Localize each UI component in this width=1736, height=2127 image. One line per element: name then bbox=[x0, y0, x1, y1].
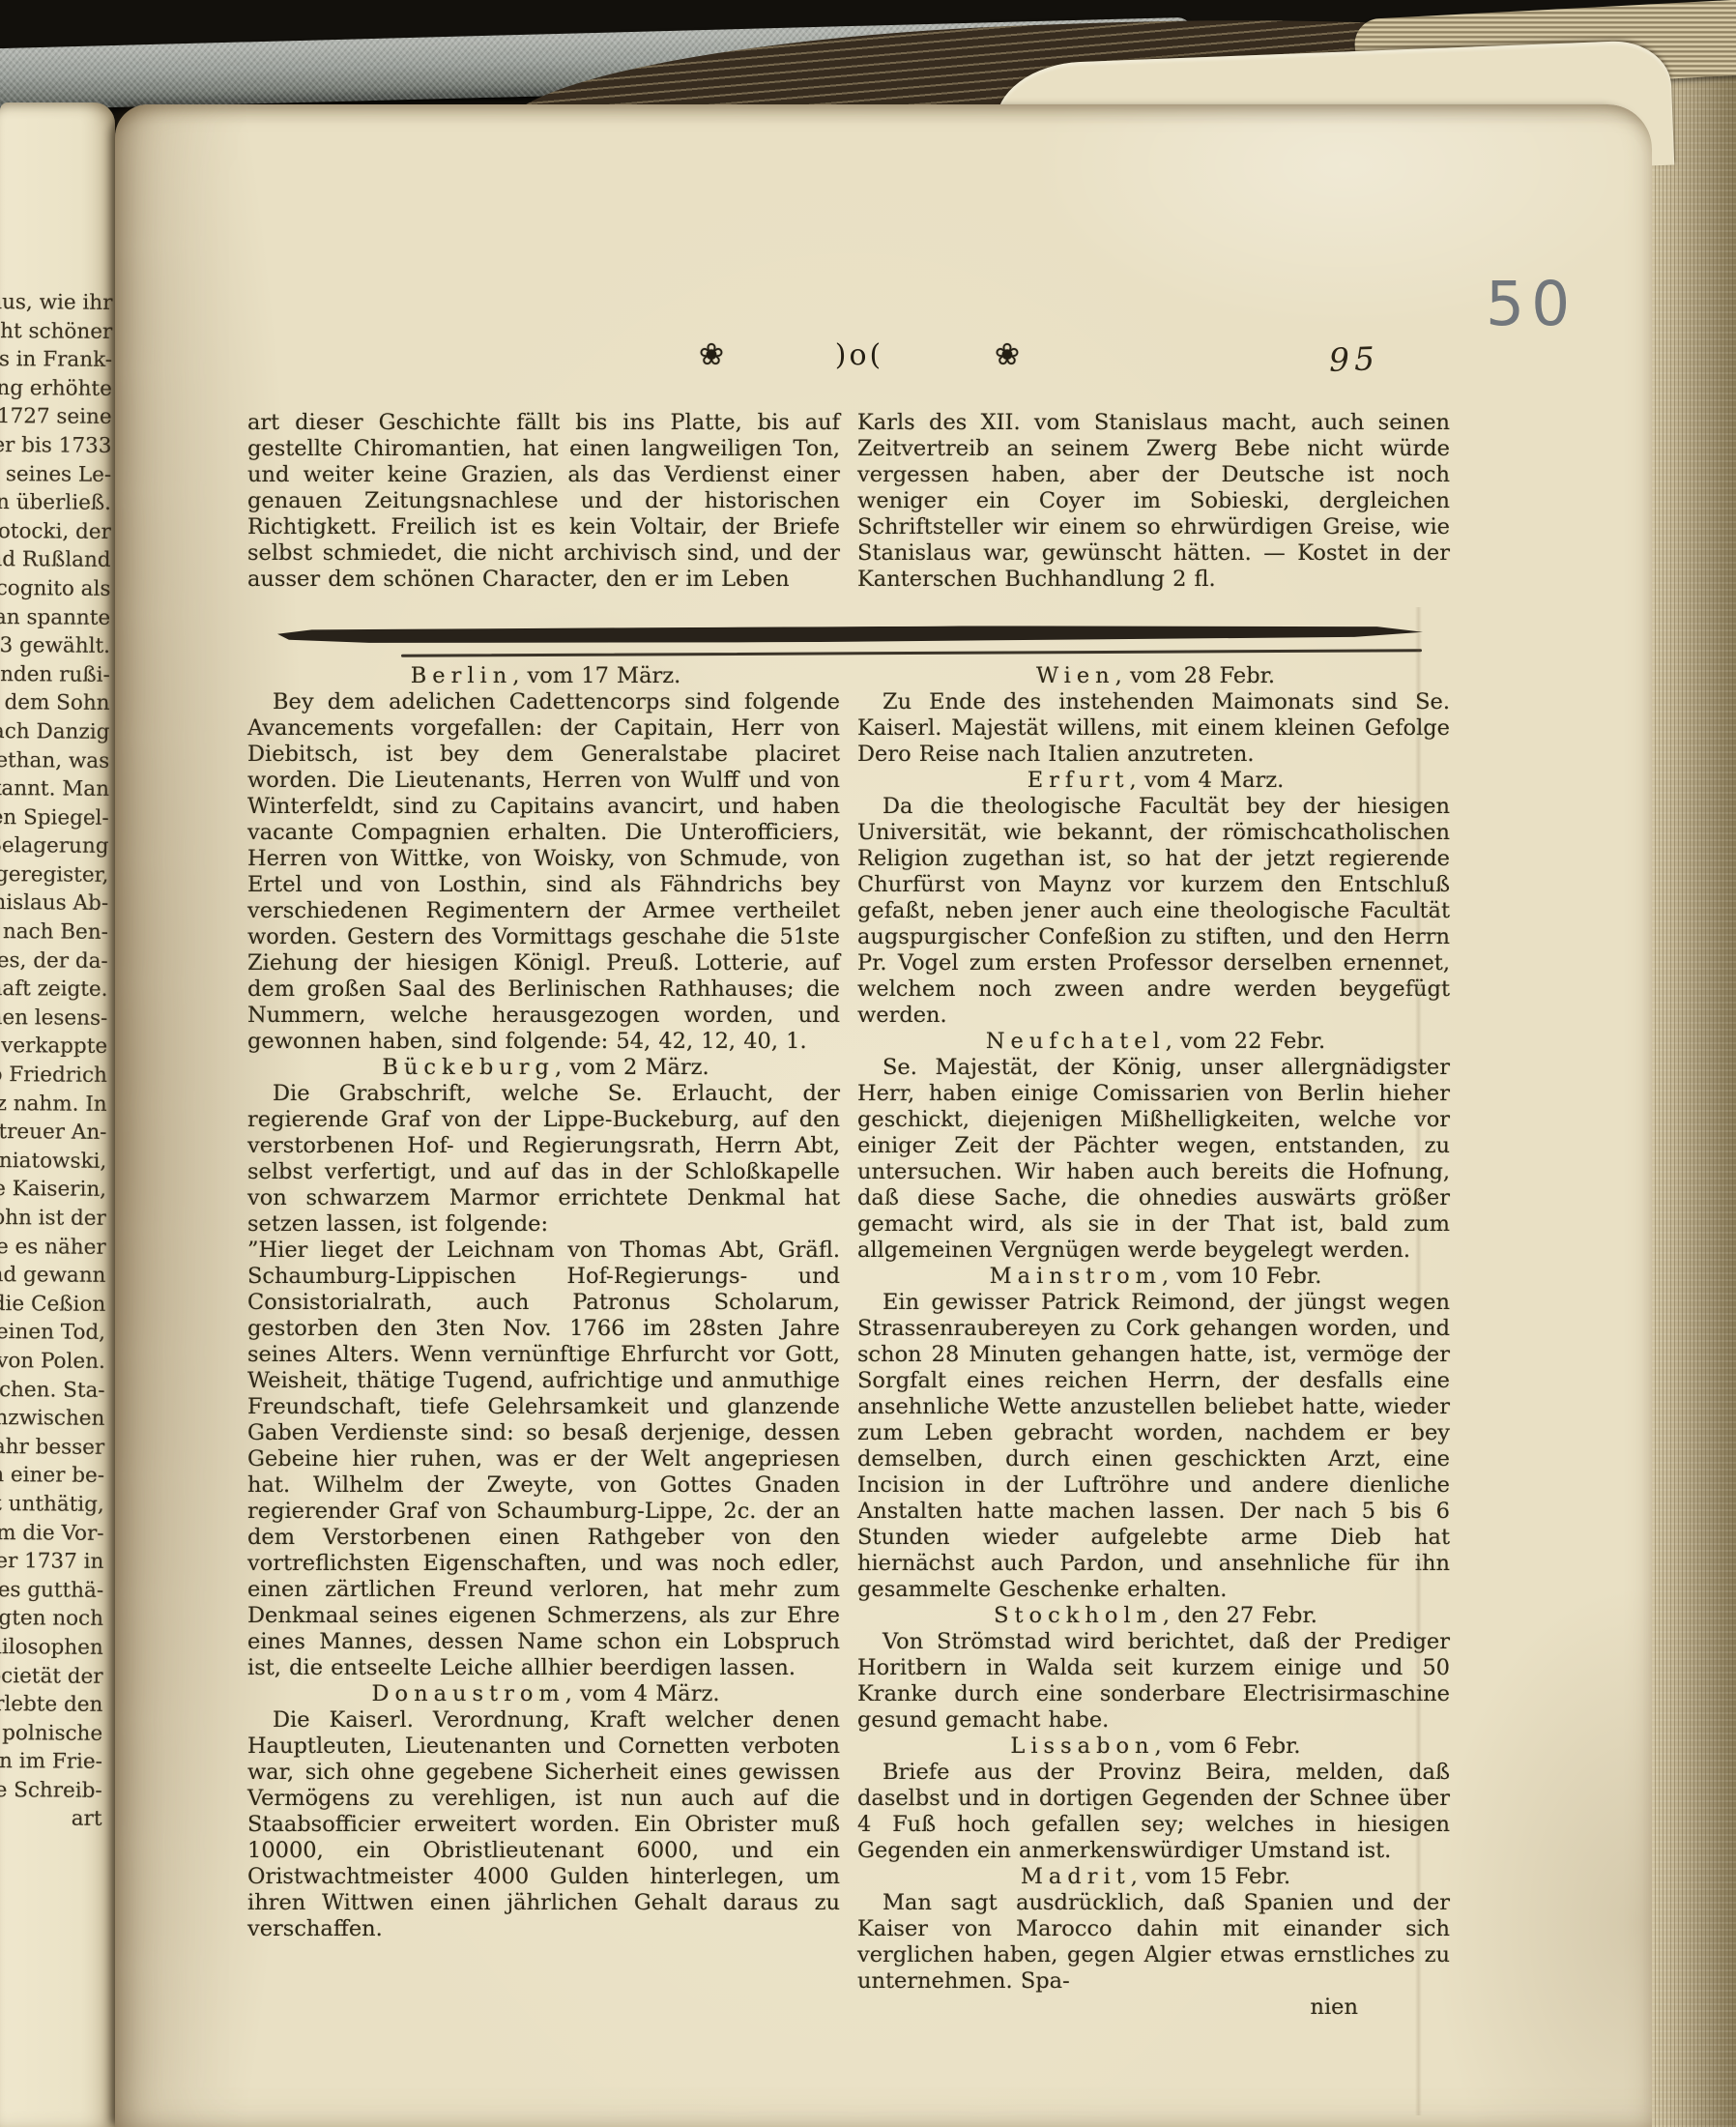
continuation-paragraphs: art dieser Geschichte fällt bis ins Plat… bbox=[247, 410, 1451, 593]
dateline-place: Wien bbox=[1032, 663, 1115, 688]
dateline-berlin: Berlin, vom 17 März. bbox=[247, 663, 840, 689]
dateline-erfurt: Erfurt, vom 4 Marz. bbox=[857, 768, 1450, 794]
dateline-place: Madrit bbox=[1017, 1864, 1131, 1889]
dateline-date: , vom 2 März. bbox=[555, 1055, 709, 1080]
dateline-place: Donaustrom bbox=[368, 1681, 565, 1706]
article-wien: Zu Ende des instehenden Maimonats sind S… bbox=[857, 689, 1450, 768]
dateline-wien: Wien, vom 28 Febr. bbox=[857, 663, 1450, 689]
article-mainstrom: Ein gewisser Patrick Reimond, der jüngst… bbox=[857, 1290, 1450, 1603]
article-neufchatel: Se. Majestät, der König, unser allergnäd… bbox=[857, 1055, 1450, 1264]
dateline-donaustrom: Donaustrom, vom 4 März. bbox=[247, 1681, 840, 1707]
dateline-date: , vom 4 März. bbox=[565, 1681, 720, 1706]
dateline-place: Stockholm bbox=[990, 1603, 1163, 1628]
dateline-date: , vom 6 Febr. bbox=[1155, 1734, 1301, 1759]
catchword: nien bbox=[857, 1995, 1450, 2021]
dateline-date: , den 27 Febr. bbox=[1163, 1603, 1317, 1628]
article-erfurt: Da die theologische Facultät bey der hie… bbox=[857, 794, 1450, 1029]
article-lissabon: Briefe aus der Provinz Beira, melden, da… bbox=[857, 1760, 1450, 1864]
article-madrit: Man sagt ausdrücklich, daß Spanien und d… bbox=[857, 1890, 1450, 1995]
stamped-folio-number: 50 bbox=[1486, 269, 1577, 339]
fleuron-ornament-right-icon: ❀ bbox=[995, 340, 1020, 370]
dateline-date: , vom 17 März. bbox=[512, 663, 680, 688]
dateline-place: Erfurt bbox=[1024, 768, 1130, 793]
dateline-date: , vom 15 Febr. bbox=[1131, 1864, 1290, 1889]
dateline-neufchatel: Neufchatel, vom 22 Febr. bbox=[857, 1029, 1450, 1055]
printed-page-number: 95 bbox=[1328, 339, 1379, 379]
dateline-stockholm: Stockholm, den 27 Febr. bbox=[857, 1603, 1450, 1629]
running-head: ❀ )o( ❀ bbox=[699, 338, 1020, 372]
book-page: ❀ )o( ❀ 95 50 art dieser Geschichte fäll… bbox=[115, 104, 1652, 2127]
article-berlin: Bey dem adelichen Cadettencorps sind fol… bbox=[247, 689, 840, 1055]
dateline-date: , vom 4 Marz. bbox=[1130, 768, 1285, 793]
dateline-place: Berlin bbox=[407, 663, 513, 688]
dateline-bueckeburg: Bückeburg, vom 2 März. bbox=[247, 1055, 840, 1081]
dateline-date: , vom 28 Febr. bbox=[1115, 663, 1275, 688]
paper-crease bbox=[1415, 607, 1422, 2115]
fore-edge-page-stack bbox=[1639, 39, 1736, 2127]
continuation-left-column: art dieser Geschichte fällt bis ins Plat… bbox=[247, 410, 840, 593]
section-divider-underline bbox=[401, 649, 1422, 657]
dateline-place: Mainstrom bbox=[986, 1264, 1162, 1289]
section-divider-rule bbox=[277, 624, 1423, 644]
left-column: Berlin, vom 17 März. Bey dem adelichen C… bbox=[247, 663, 840, 2021]
article-donaustrom: Die Kaiserl. Verordnung, Kraft welcher d… bbox=[247, 1707, 840, 1942]
continuation-right-column: Karls des XII. vom Stanislaus macht, auc… bbox=[857, 410, 1450, 593]
header-signature-mark: )o( bbox=[835, 338, 883, 372]
dateline-place: Bückeburg bbox=[378, 1055, 555, 1080]
dateline-place: Lissabon bbox=[1006, 1734, 1154, 1759]
article-bueckeburg: Die Grabschrift, welche Se. Erlaucht, de… bbox=[247, 1081, 840, 1681]
news-columns: Berlin, vom 17 März. Bey dem adelichen C… bbox=[247, 663, 1451, 2021]
dateline-date: , vom 10 Febr. bbox=[1162, 1264, 1321, 1289]
dateline-place: Neufchatel bbox=[982, 1029, 1166, 1054]
previous-page-fragment: ehe aus, wie ihr ber nicht schöner islau… bbox=[0, 102, 115, 2127]
dateline-lissabon: Lissabon, vom 6 Febr. bbox=[857, 1734, 1450, 1760]
fleuron-ornament-left-icon: ❀ bbox=[699, 340, 724, 370]
right-column: Wien, vom 28 Febr. Zu Ende des instehend… bbox=[857, 663, 1450, 2021]
dateline-date: , vom 22 Febr. bbox=[1166, 1029, 1325, 1054]
article-stockholm: Von Strömstad wird berichtet, daß der Pr… bbox=[857, 1629, 1450, 1734]
dateline-madrit: Madrit, vom 15 Febr. bbox=[857, 1864, 1450, 1890]
dateline-mainstrom: Mainstrom, vom 10 Febr. bbox=[857, 1264, 1450, 1290]
previous-page-text: ehe aus, wie ihr ber nicht schöner islau… bbox=[0, 287, 113, 1834]
